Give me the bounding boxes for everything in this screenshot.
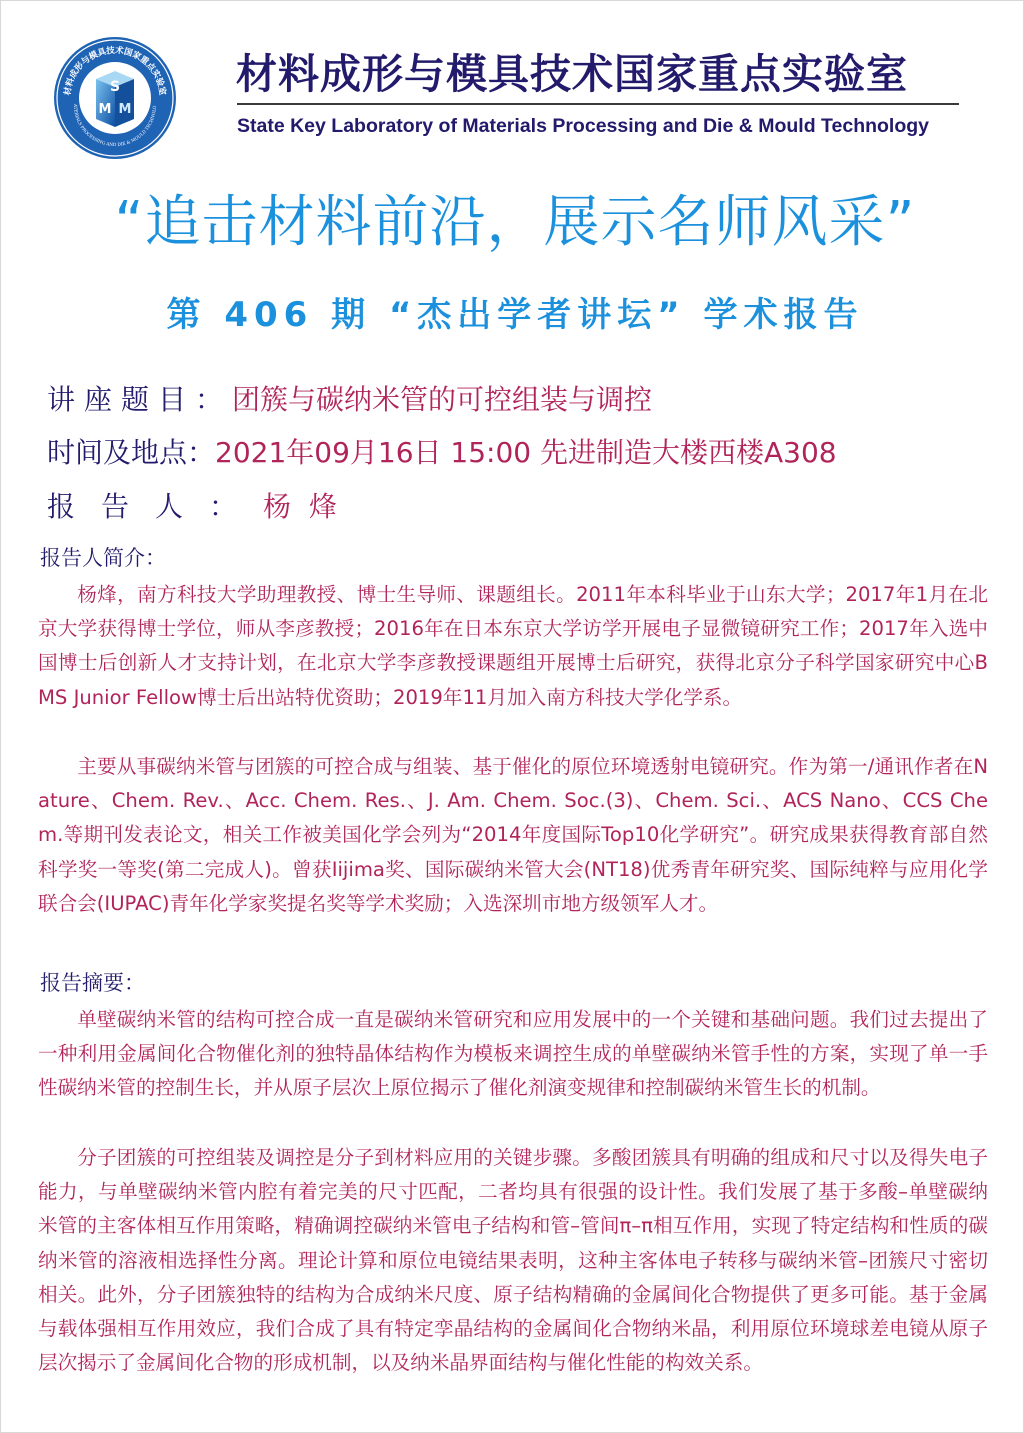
speaker-value: 杨 烽 [263,487,337,527]
svg-text:S: S [110,79,120,95]
info-row-topic: 讲座题目： 团簇与碳纳米管的可控组装与调控 [47,380,652,420]
speaker-label: 报告人： [47,487,263,527]
lab-emblem-icon: 材料成形与模具技术国家重点实验室 MATERIALS PROCESSING AN… [52,35,178,161]
time-value: 2021年09月16日 15:00 先进制造大楼西楼A308 [215,433,837,473]
svg-text:M: M [119,102,132,117]
lab-name-en: State Key Laboratory of Materials Proces… [237,113,977,139]
info-row-time-location: 时间及地点： 2021年09月16日 15:00 先进制造大楼西楼A308 [47,433,837,473]
bio-heading: 报告人简介： [40,543,166,573]
topic-value: 团簇与碳纳米管的可控组装与调控 [232,380,652,420]
svg-text:M: M [99,102,112,117]
series-title: 第 406 期 “杰出学者讲坛” 学术报告 [40,290,990,340]
lab-logo: 材料成形与模具技术国家重点实验室 MATERIALS PROCESSING AN… [52,35,178,161]
topic-label: 讲座题目： [47,380,232,420]
abstract-paragraph-2: 分子团簇的可控组装及调控是分子到材料应用的关键步骤。多酸团簇具有明确的组成和尺寸… [38,1141,988,1380]
slogan-title: “追击材料前沿，展示名师风采” [40,183,990,263]
bio-paragraph-2: 主要从事碳纳米管与团簇的可控合成与组装、基于催化的原位环境透射电镜研究。作为第一… [38,750,988,921]
abstract-heading: 报告摘要： [40,968,145,998]
abstract-paragraph-1: 单壁碳纳米管的结构可控合成一直是碳纳米管研究和应用发展中的一个关键和基础问题。我… [38,1003,988,1106]
bio-paragraph-1: 杨烽，南方科技大学助理教授、博士生导师、课题组长。2011年本科毕业于山东大学；… [38,578,988,715]
time-label: 时间及地点： [47,433,215,473]
header-divider [237,103,959,105]
info-row-speaker: 报告人： 杨 烽 [47,487,337,527]
lab-name-cn: 材料成形与模具技术国家重点实验室 [236,48,966,100]
